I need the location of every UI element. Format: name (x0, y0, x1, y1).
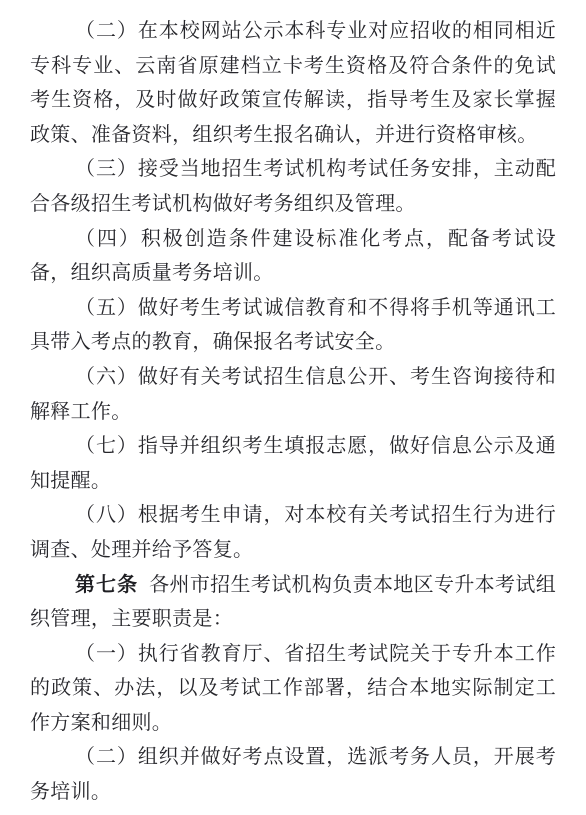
clause-paragraph: （八）根据考生申请，对本校有关考试招生行为进行调查、处理并给予答复。 (30, 497, 556, 566)
article-paragraph: 第七条各州市招生考试机构负责本地区专升本考试组织管理，主要职责是： (30, 567, 556, 636)
clause-paragraph: （三）接受当地招生考试机构考试任务安排，主动配合各级招生考试机构做好考务组织及管… (30, 151, 556, 220)
article-number: 第七条 (75, 572, 138, 596)
clause-paragraph: （五）做好考生考试诚信教育和不得将手机等通讯工具带入考点的教育，确保报名考试安全… (30, 290, 556, 359)
clause-paragraph: （四）积极创造条件建设标准化考点，配备考试设备，组织高质量考务培训。 (30, 221, 556, 290)
clause-paragraph: （一）执行省教育厅、省招生考试院关于专升本工作的政策、办法，以及考试工作部署，结… (30, 636, 556, 740)
clause-paragraph: （七）指导并组织考生填报志愿，做好信息公示及通知提醒。 (30, 428, 556, 497)
clause-paragraph: （二）在本校网站公示本科专业对应招收的相同相近专科专业、云南省原建档立卡考生资格… (30, 13, 556, 151)
clause-paragraph: （二）组织并做好考点设置，选派考务人员，开展考务培训。 (30, 739, 556, 808)
document-body: （二）在本校网站公示本科专业对应招收的相同相近专科专业、云南省原建档立卡考生资格… (30, 13, 556, 809)
clause-paragraph: （六）做好有关考试招生信息公开、考生咨询接待和解释工作。 (30, 359, 556, 428)
document-page: （二）在本校网站公示本科专业对应招收的相同相近专科专业、云南省原建档立卡考生资格… (0, 0, 586, 815)
